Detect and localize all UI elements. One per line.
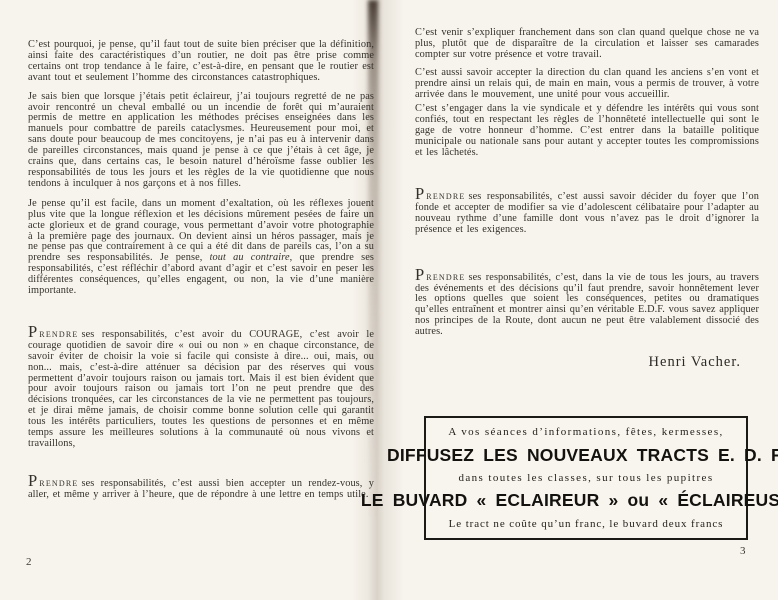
paragraph: C’est aussi savoir accepter la direction… [415,68,759,101]
edf-tracts-advertisement-box: A vos séances d’informations, fêtes, ker… [424,416,748,540]
small-caps-word: RENDRE [39,479,78,488]
page-number-right: 3 [740,545,746,557]
right-page-text-block: C’est venir s’expliquer franchement dans… [415,28,759,371]
paragraph-prendre: PRENDREses responsabilités, c’est aussi … [415,189,759,236]
book-spread: { "left_page": { "number": "2", "paragra… [0,0,778,600]
left-page-text-block: C’est pourquoi, je pense, qu’il faut tou… [28,40,374,501]
paragraph: C’est venir s’expliquer franchement dans… [415,28,759,61]
ad-line-prix: Le tract ne coûte qu’un franc, le buvard… [449,518,724,530]
small-caps-word: RENDRE [426,273,465,282]
paragraph-prendre: PRENDREses responsabilités, c’est avoir … [28,327,374,450]
page-number-left: 2 [26,556,32,568]
drop-cap: P [28,327,37,337]
ad-line-buvard: LE BUVARD « ECLAIREUR » ou « ÉCLAIREUSE … [361,490,778,511]
paragraph-prendre: PRENDREses responsabilités, c’est aussi … [28,476,374,501]
paragraph: Je sais bien que lorsque j’étais petit é… [28,92,374,190]
small-caps-word: RENDRE [39,330,78,339]
drop-cap: P [415,270,424,280]
paragraph: Je pense qu’il est facile, dans un momen… [28,199,374,297]
paragraph-prendre: PRENDREses responsabilités, c’est, dans … [415,270,759,338]
ad-line-seances: A vos séances d’informations, fêtes, ker… [448,426,723,438]
drop-cap: P [415,189,424,199]
ad-line-classes: dans toutes les classes, sur tous les pu… [458,472,713,484]
small-caps-word: RENDRE [426,192,465,201]
paragraph: C’est pourquoi, je pense, qu’il faut tou… [28,40,374,84]
paragraph: C’est s’engager dans la vie syndicale et… [415,104,759,159]
drop-cap: P [28,476,37,486]
ad-line-diffusez: DIFFUSEZ LES NOUVEAUX TRACTS E. D. F. [387,445,778,466]
italic-phrase: tout au contraire [210,252,290,263]
author-signature: Henri Vacher. [415,354,741,371]
